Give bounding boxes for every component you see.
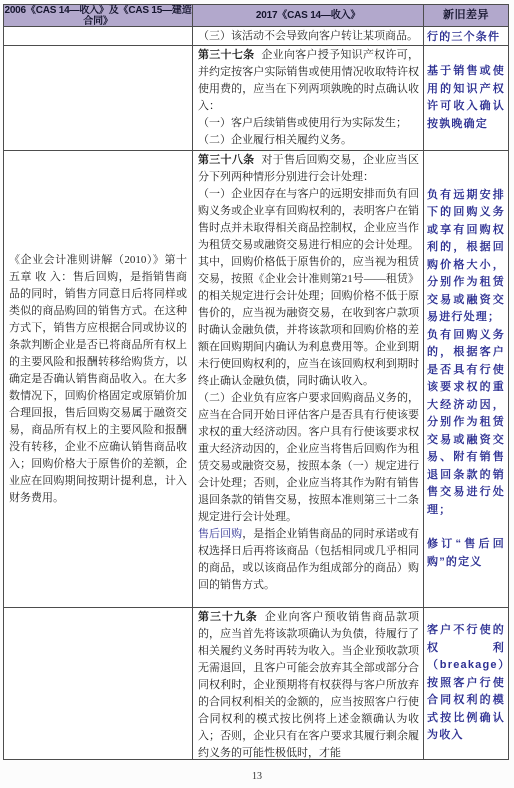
cell-37-diff: 基于销售或使用的知识产权许可收入确认按孰晚确定 (424, 46, 508, 151)
article-39-paragraph: 第三十九条企业向客户预收销售商品款项的，应当首先将该款项确认为负债，待履行了相关… (198, 609, 419, 759)
cell-39-new: 第三十九条企业向客户预收销售商品款项的，应当首先将该款项确认为负债，待履行了相关… (193, 608, 424, 759)
article-38-item-1: （一）企业因存在与客户的远期安排而负有回购义务或企业享有回购权利的，表明客户在销… (198, 186, 419, 390)
article-38-item-2: （二）企业负有应客户要求回购商品义务的，应当在合同开始日评估客户是否具有行使该要… (198, 390, 419, 526)
header-differences-label: 新旧差异 (443, 10, 489, 21)
cell-39-old (4, 608, 193, 759)
cell-38-old: 《企业会计准则讲解（2010）》第十五章 收 入：售后回购，是指销售商品的同时，… (4, 151, 193, 608)
article-37-number: 第三十七条 (198, 49, 254, 61)
header-differences: 新旧差异 (424, 5, 508, 27)
cell-37-new: 第三十七条企业向客户授予知识产权许可，并约定按客户实际销售或使用情况收取特许权使… (193, 46, 424, 151)
term-sale-repurchase: 售后回购 (198, 528, 242, 540)
article-38-term-definition: 售后回购，是指企业销售商品的同时承诺或有权选择日后再将该商品（包括相同或几乎相同… (198, 526, 419, 594)
header-new-standard-label: 2017《CAS 14—收入》 (256, 10, 360, 21)
cell-38-new: 第三十八条对于售后回购交易，企业应当区分下列两种情形分别进行会计处理： （一）企… (193, 151, 424, 608)
article-38-number: 第三十八条 (198, 154, 254, 166)
standards-comparison-table: 2006《CAS 14—收入》及《CAS 15—建造合同》 2017《CAS 1… (3, 4, 509, 760)
article-37-item-2: （二）企业履行相关履约义务。 (198, 132, 419, 149)
header-new-standard: 2017《CAS 14—收入》 (193, 5, 424, 27)
page-number: 13 (0, 771, 514, 782)
header-old-standard: 2006《CAS 14—收入》及《CAS 15—建造合同》 (4, 5, 193, 27)
cell-37-old (4, 46, 193, 151)
cell-intro-old (4, 27, 193, 46)
article-37-item-1: （一）客户后续销售或使用行为实际发生； (198, 115, 419, 132)
cell-38-diff: 负有远期安排下的回购义务或享有回购权利的，根据回购价格大小，分别作为租赁交易或融… (424, 151, 508, 608)
cell-intro-diff: 行的三个条件 (424, 27, 508, 46)
header-old-standard-label: 2006《CAS 14—收入》及《CAS 15—建造合同》 (4, 5, 192, 27)
cell-39-diff: 客户不行使的权利（breakage）按照客户行使合同权利的模式按比例确认为收入 (424, 608, 508, 759)
article-39-number: 第三十九条 (198, 611, 258, 623)
article-37-paragraph: 第三十七条企业向客户授予知识产权许可，并约定按客户实际销售或使用情况收取特许权使… (198, 47, 419, 115)
article-38-diff-p1: 负有远期安排下的回购义务或享有回购权利的，根据回购价格大小，分别作为租赁交易或融… (427, 187, 505, 327)
intro-diff-text: 行的三个条件 (427, 29, 505, 46)
intro-clause-text: （三）该活动不会导致向客户转让某项商品。 (198, 28, 419, 45)
article-39-body: 企业向客户预收销售商品款项的，应当首先将该款项确认为负债，待履行了相关履约义务时… (198, 611, 419, 759)
cell-intro-new: （三）该活动不会导致向客户转让某项商品。 (193, 27, 424, 46)
old-standard-2010-explanation: 《企业会计准则讲解（2010）》第十五章 收 入：售后回购，是指销售商品的同时，… (9, 252, 187, 507)
article-38-diff-p3: 修订“售后回购”的定义 (427, 536, 505, 571)
article-37-diff-text: 基于销售或使用的知识产权许可收入确认按孰晚确定 (427, 63, 505, 133)
article-39-diff-text: 客户不行使的权利（breakage）按照客户行使合同权利的模式按比例确认为收入 (427, 622, 505, 745)
article-38-diff-p2: 负有回购义务的，根据客户是否具有行使该要求权的重大经济动因，分别作为租赁交易或融… (427, 327, 505, 520)
article-38-paragraph: 第三十八条对于售后回购交易，企业应当区分下列两种情形分别进行会计处理： (198, 152, 419, 186)
